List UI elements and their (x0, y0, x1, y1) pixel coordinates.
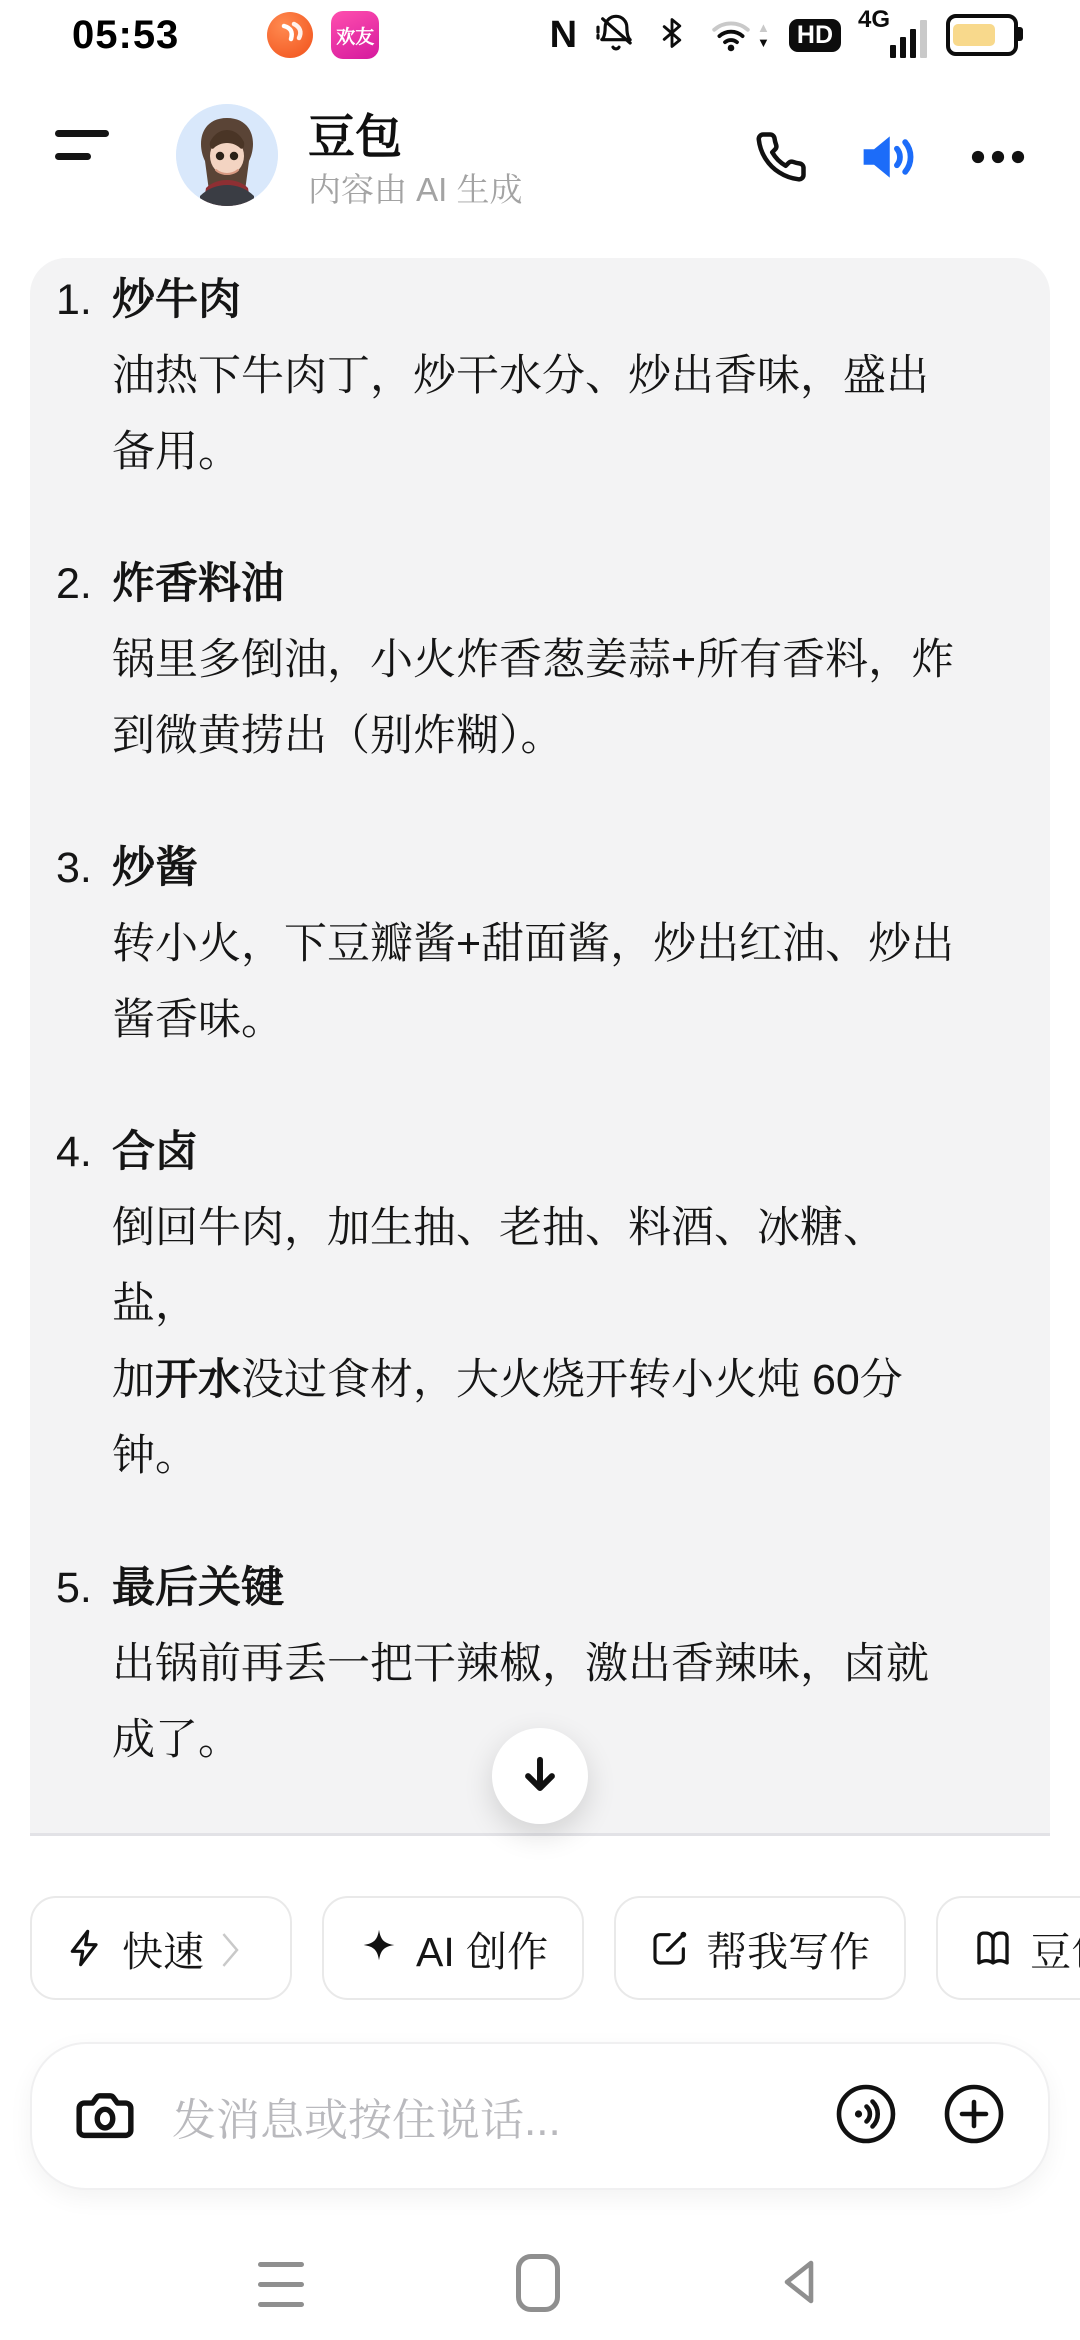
quick-action-compose[interactable]: 帮我写作 (614, 1896, 906, 2000)
bluetooth-icon (655, 13, 689, 58)
step-heading: 1.炒牛肉 (56, 262, 958, 338)
step-title: 合卤 (112, 1128, 198, 1176)
quick-action-row: 快速〉AI 创作帮我写作豆包爱学 (30, 1896, 1080, 2000)
quick-action-label: 快速 (122, 1919, 204, 1978)
step-heading: 4.合卤 (56, 1114, 958, 1190)
pink-app-label: 欢友 (336, 22, 374, 49)
home-button[interactable] (516, 2254, 560, 2312)
ai-message-bubble: 1.炒牛肉油热下牛肉丁，炒干水分、炒出香味，盛出备用。2.炸香料油锅里多倒油，小… (30, 258, 1050, 1836)
step-title: 炒牛肉 (112, 276, 241, 324)
avatar[interactable] (176, 104, 278, 206)
message-input[interactable]: 发消息或按住说话... (172, 2084, 834, 2148)
quick-action-book[interactable]: 豆包爱学 (936, 1896, 1080, 2000)
wifi-activity-arrows: ▲▼ (757, 21, 770, 49)
notification-app-icon-orange (267, 12, 313, 58)
sidebar-menu-button[interactable] (55, 130, 111, 170)
recipe-step: 2.炸香料油锅里多倒油，小火炸香葱姜蒜+所有香料，炸到微黄捞出（别炸糊）。 (56, 546, 958, 774)
phone-call-icon[interactable] (754, 130, 808, 184)
recipe-steps: 1.炒牛肉油热下牛肉丁，炒干水分、炒出香味，盛出备用。2.炸香料油锅里多倒油，小… (56, 262, 958, 1778)
recipe-step: 4.合卤倒回牛肉，加生抽、老抽、料酒、冰糖、盐，加开水没过食材，大火烧开转小火炖… (56, 1114, 958, 1494)
step-body: 锅里多倒油，小火炸香葱姜蒜+所有香料，炸到微黄捞出（别炸糊）。 (112, 622, 958, 774)
speaker-icon[interactable] (854, 124, 920, 190)
scroll-to-bottom-button[interactable] (492, 1728, 588, 1824)
quick-action-label: 帮我写作 (706, 1919, 870, 1978)
ai-disclaimer: 内容由 AI 生成 (308, 164, 523, 211)
arrow-down-icon (514, 1749, 566, 1804)
vibrate-bell-icon (596, 13, 636, 58)
hd-voice-badge: HD (789, 19, 841, 52)
lightning-icon (66, 1928, 106, 1968)
status-bar: 05:53 欢友 N (0, 0, 1080, 70)
quick-action-sparkle[interactable]: AI 创作 (322, 1896, 584, 2000)
step-heading: 5.最后关键 (56, 1550, 958, 1626)
more-options-icon[interactable] (966, 125, 1030, 189)
recipe-step: 3.炒酱转小火，下豆瓣酱+甜面酱，炒出红油、炒出酱香味。 (56, 830, 958, 1058)
notification-app-icon-pink: 欢友 (331, 11, 379, 59)
step-number: 4. (56, 1114, 112, 1190)
clock: 05:53 (72, 13, 179, 58)
sparkle-icon (358, 1927, 400, 1969)
step-number: 2. (56, 546, 112, 622)
step-title: 炸香料油 (112, 560, 284, 608)
message-input-bar: 发消息或按住说话... (30, 2042, 1050, 2190)
back-button[interactable] (778, 2256, 822, 2313)
quick-action-lightning[interactable]: 快速〉 (30, 1896, 292, 2000)
wifi-icon: ▲▼ (708, 14, 770, 56)
book-icon (972, 1927, 1014, 1969)
step-body: 转小火，下豆瓣酱+甜面酱，炒出红油、炒出酱香味。 (112, 906, 958, 1058)
chevron-right-icon: 〉 (222, 1924, 256, 1973)
android-nav-bar (0, 2230, 1080, 2340)
compose-icon (650, 1928, 690, 1968)
battery-icon (946, 14, 1018, 56)
nfc-icon: N (550, 16, 577, 54)
step-heading: 3.炒酱 (56, 830, 958, 906)
step-number: 1. (56, 262, 112, 338)
step-number: 3. (56, 830, 112, 906)
recents-button[interactable] (258, 2262, 304, 2322)
voice-call-icon[interactable] (834, 2082, 898, 2151)
step-title: 炒酱 (112, 844, 198, 892)
step-title: 最后关键 (112, 1564, 284, 1612)
step-number: 5. (56, 1550, 112, 1626)
chat-title: 豆包 (308, 100, 402, 167)
chat-header: 豆包 内容由 AI 生成 (0, 92, 1080, 222)
doubao-chat-screen: 05:53 欢友 N (0, 0, 1080, 2340)
camera-icon[interactable] (74, 2085, 136, 2147)
quick-action-label: AI 创作 (416, 1919, 548, 1978)
network-type-label: 4G (858, 6, 890, 34)
step-body: 油热下牛肉丁，炒干水分、炒出香味，盛出备用。 (112, 338, 958, 490)
step-heading: 2.炸香料油 (56, 546, 958, 622)
cellular-signal-icon: 4G (860, 12, 927, 58)
quick-action-label: 豆包爱学 (1030, 1919, 1080, 1978)
plus-icon[interactable] (942, 2082, 1006, 2151)
recipe-step: 1.炒牛肉油热下牛肉丁，炒干水分、炒出香味，盛出备用。 (56, 262, 958, 490)
step-body: 倒回牛肉，加生抽、老抽、料酒、冰糖、盐，加开水没过食材，大火烧开转小火炖 60分… (112, 1190, 958, 1494)
